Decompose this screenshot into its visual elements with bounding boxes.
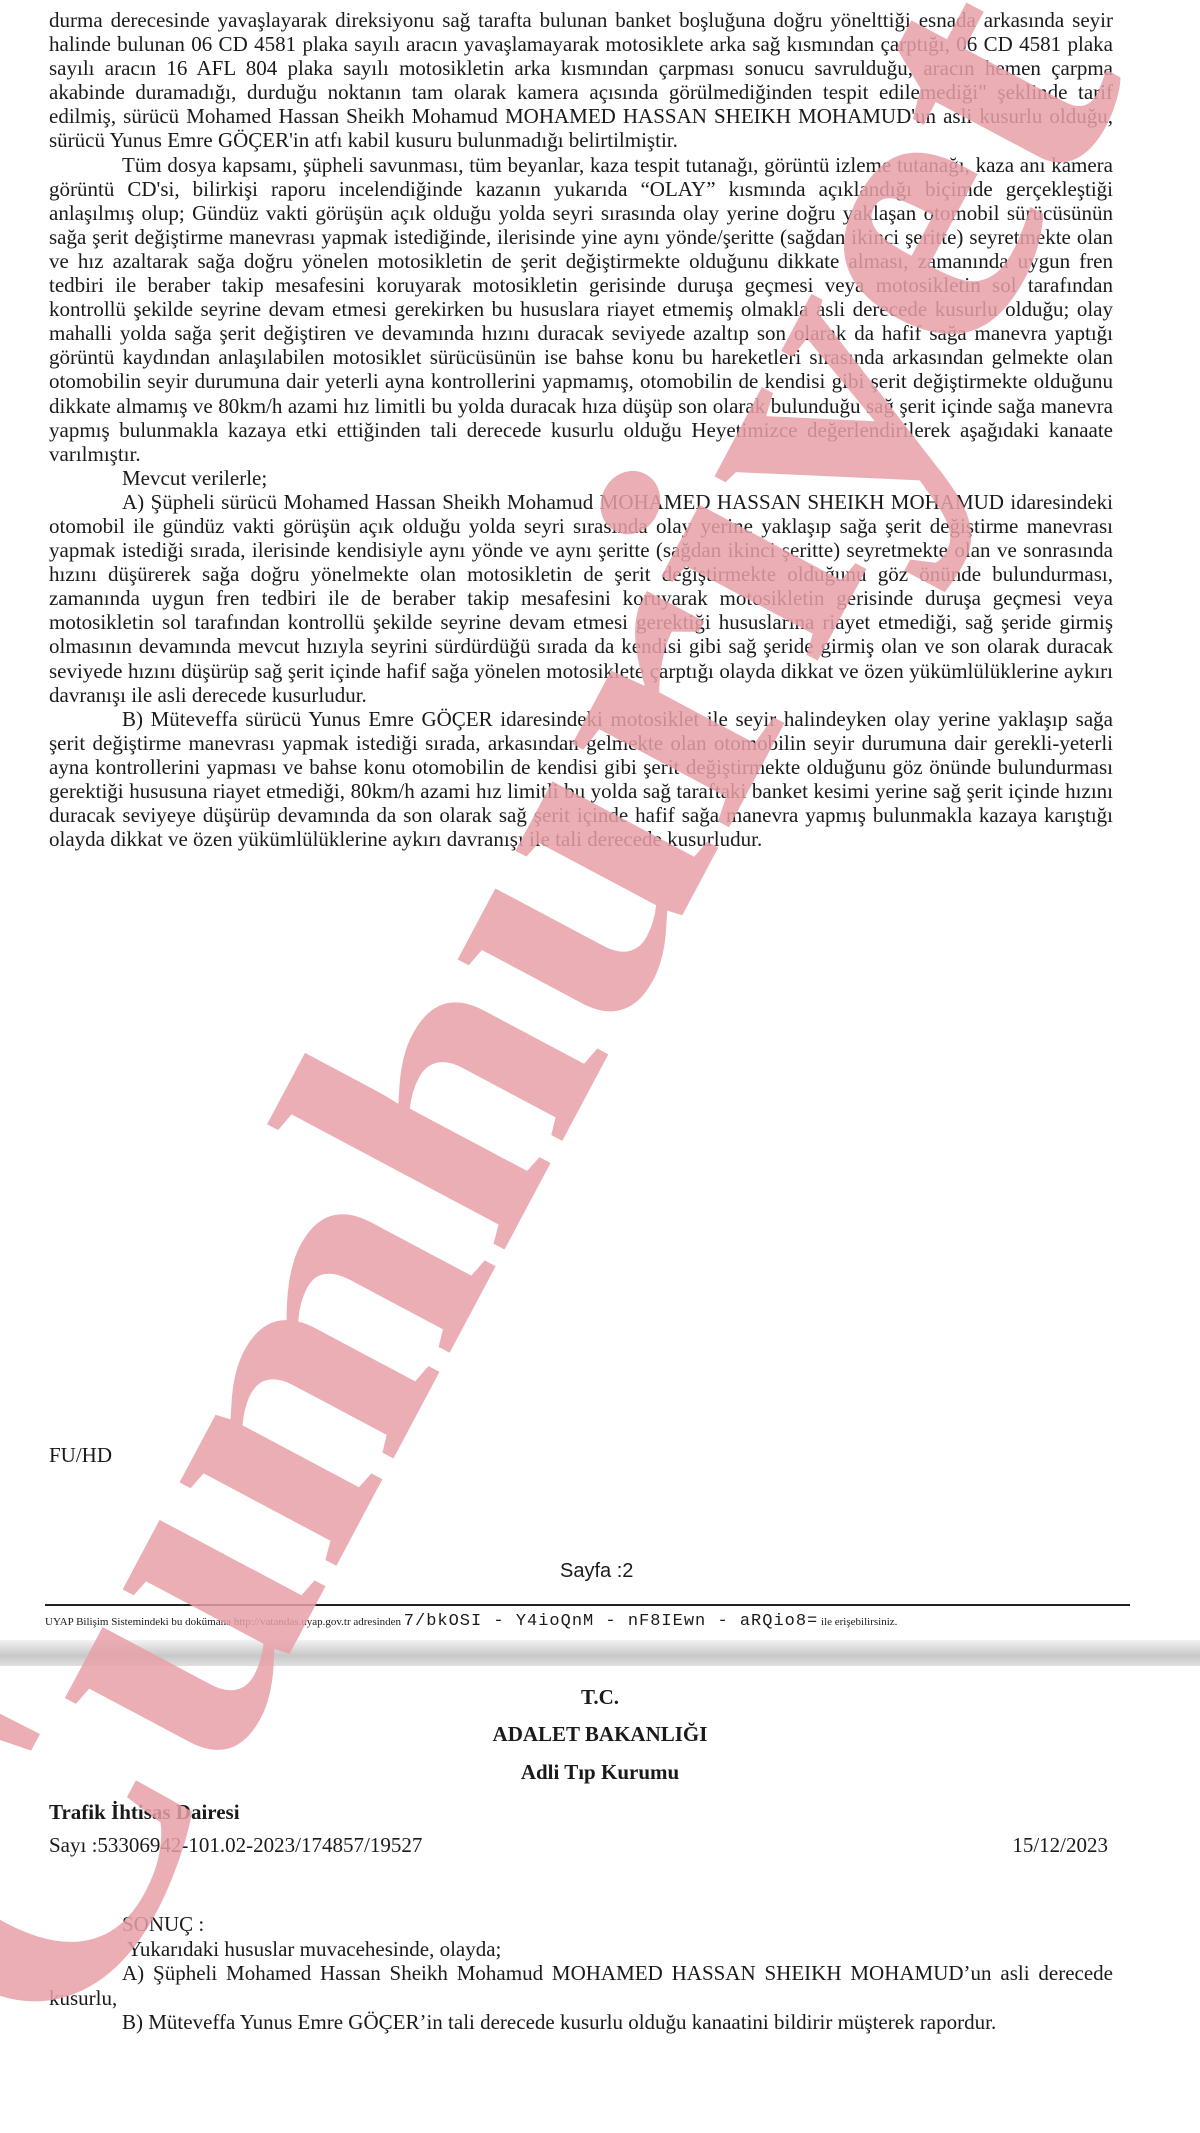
paragraph-1: durma derecesinde yavaşlayarak direksiyo… — [49, 8, 1113, 153]
paragraph-5: B) Müteveffa sürücü Yunus Emre GÖÇER ida… — [49, 707, 1113, 852]
document-page-1: durma derecesinde yavaşlayarak direksiyo… — [0, 0, 1200, 1648]
footer-prefix: UYAP Bilişim Sistemindeki bu dokümana ht… — [45, 1616, 401, 1628]
report-body: durma derecesinde yavaşlayarak direksiyo… — [49, 8, 1113, 851]
paragraph-3: Mevcut verilerle; — [49, 466, 1113, 490]
conclusion-title: SONUÇ : — [49, 1912, 1113, 1937]
header-ministry: ADALET BAKANLIĞI — [0, 1722, 1200, 1747]
page-number: Sayfa :2 — [560, 1560, 633, 1583]
footer-suffix: ile erişebilirsiniz. — [821, 1616, 897, 1628]
report-date: 15/12/2023 — [1012, 1833, 1108, 1858]
page-separator — [0, 1640, 1200, 1666]
paragraph-2: Tüm dosya kapsamı, şüpheli savunması, tü… — [49, 153, 1113, 466]
department-name: Trafik İhtisas Dairesi — [49, 1800, 240, 1825]
conclusion-section: SONUÇ : Yukarıdaki hususlar muvacehesind… — [49, 1912, 1113, 2035]
header-institution: Adli Tıp Kurumu — [0, 1760, 1200, 1785]
paragraph-4: A) Şüpheli sürücü Mohamed Hassan Sheikh … — [49, 490, 1113, 707]
header-tc: T.C. — [0, 1685, 1200, 1710]
access-code: 7/bkOSI - Y4ioQnM - nF8IEwn - aRQio8= — [404, 1612, 818, 1631]
footer-divider — [45, 1604, 1130, 1606]
author-initials: FU/HD — [49, 1443, 112, 1468]
reference-number: Sayı :53306942-101.02-2023/174857/19527 — [49, 1833, 422, 1858]
conclusion-intro: Yukarıdaki hususlar muvacehesinde, olayd… — [49, 1937, 1113, 1962]
conclusion-a: A) Şüpheli Mohamed Hassan Sheikh Mohamud… — [49, 1961, 1113, 2010]
conclusion-b: B) Müteveffa Yunus Emre GÖÇER’in tali de… — [49, 2010, 1113, 2035]
uyap-footer: UYAP Bilişim Sistemindeki bu dokümana ht… — [45, 1612, 1130, 1631]
